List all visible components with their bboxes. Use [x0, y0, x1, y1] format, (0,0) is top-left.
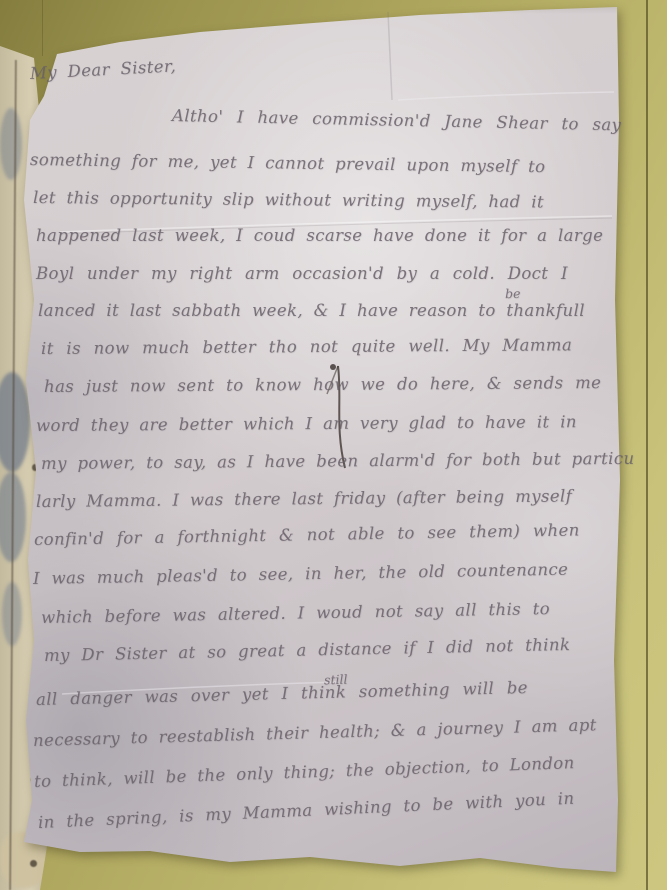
interlinear-insertion: be: [505, 286, 521, 301]
letter-line: larly Mamma. I was there last friday (af…: [36, 486, 572, 511]
letter-line: necessary to reestablish their health; &…: [33, 715, 597, 750]
letter-line: my power, to say, as I have been alarm'd…: [41, 449, 635, 473]
letter-line: it is now much better tho not quite well…: [41, 335, 572, 358]
letter-line: I was much pleas'd to see, in her, the o…: [33, 560, 569, 588]
letter-line: something for me, yet I cannot prevail u…: [30, 150, 546, 176]
interlinear-insertion: still: [324, 672, 348, 688]
letter-line: happened last week, I coud scarse have d…: [36, 226, 603, 245]
letter-line: let this opportunity slip without writin…: [33, 188, 544, 211]
letter-line: to think, will be the only thing; the ob…: [34, 753, 575, 791]
letter-line: my Dr Sister at so great a distance if I…: [44, 635, 571, 665]
handwritten-text: My Dear Sister, Altho' I have commission…: [0, 0, 667, 890]
letter-photograph: My Dear Sister, Altho' I have commission…: [0, 0, 667, 890]
letter-line: Altho' I have commission'd Jane Shear to…: [172, 106, 622, 134]
letter-line: lanced it last sabbath week, & I have re…: [38, 301, 585, 320]
letter-line: has just now sent to know how we do here…: [44, 373, 601, 396]
letter-line: confin'd for a forthnight & not able to …: [34, 520, 580, 549]
letter-line: word they are better which I am very gla…: [36, 412, 577, 435]
letter-line: Boyl under my right arm occasion'd by a …: [36, 264, 568, 283]
letter-line: in the spring, is my Mamma wishing to be…: [38, 789, 575, 832]
letter-line: which before was altered. I woud not say…: [41, 599, 550, 627]
letter-line: all danger was over yet I think somethin…: [36, 678, 528, 709]
letter-salutation: My Dear Sister,: [30, 56, 177, 83]
